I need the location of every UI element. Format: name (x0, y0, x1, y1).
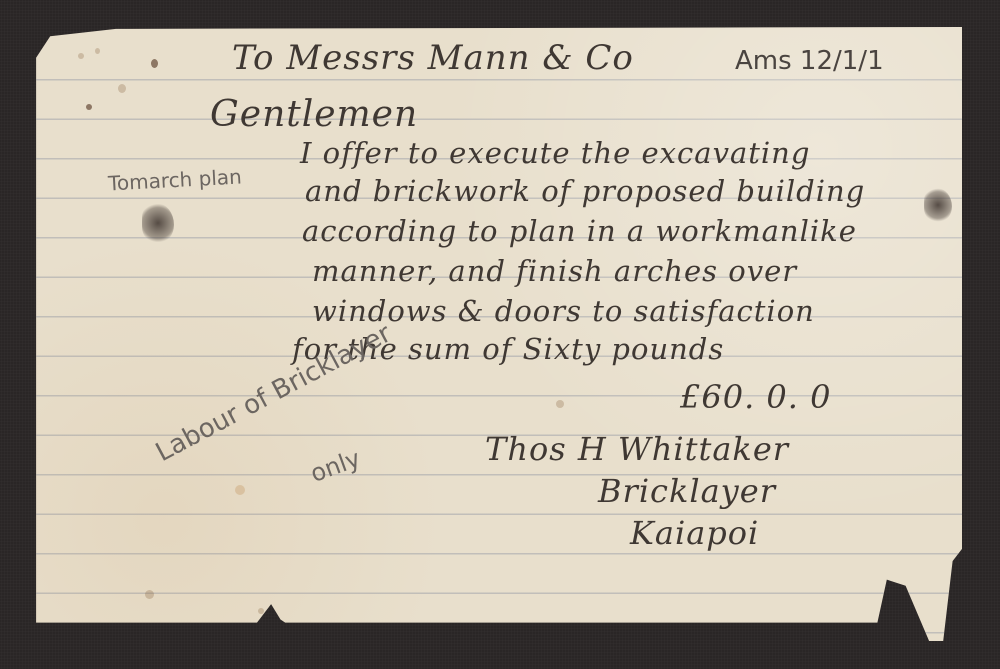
amount: £60. 0. 0 (680, 378, 831, 416)
body-line-4: manner, and finish arches over (312, 254, 797, 288)
ink-blot (142, 203, 174, 243)
signature-name: Thos H Whittaker (485, 430, 789, 468)
archive-reference: Ams 12/1/1 (735, 46, 884, 76)
addressee: To Messrs Mann & Co (232, 38, 634, 78)
stain (258, 608, 264, 614)
stain (118, 84, 126, 93)
body-line-5: windows & doors to satisfaction (312, 294, 815, 328)
stain (235, 485, 245, 495)
body-line-1: I offer to execute the excavating (300, 136, 810, 170)
ink-blot (924, 188, 952, 222)
body-line-2: and brickwork of proposed building (305, 174, 865, 208)
stain (86, 104, 92, 110)
stain (145, 590, 154, 599)
stain (151, 59, 158, 68)
stain (556, 400, 564, 408)
signature-place: Kaiapoi (630, 514, 759, 552)
signature-occupation: Bricklayer (598, 472, 776, 510)
salutation: Gentlemen (210, 94, 418, 135)
body-line-3: according to plan in a workmanlike (302, 214, 857, 248)
stain (95, 48, 100, 54)
stain (78, 53, 84, 59)
